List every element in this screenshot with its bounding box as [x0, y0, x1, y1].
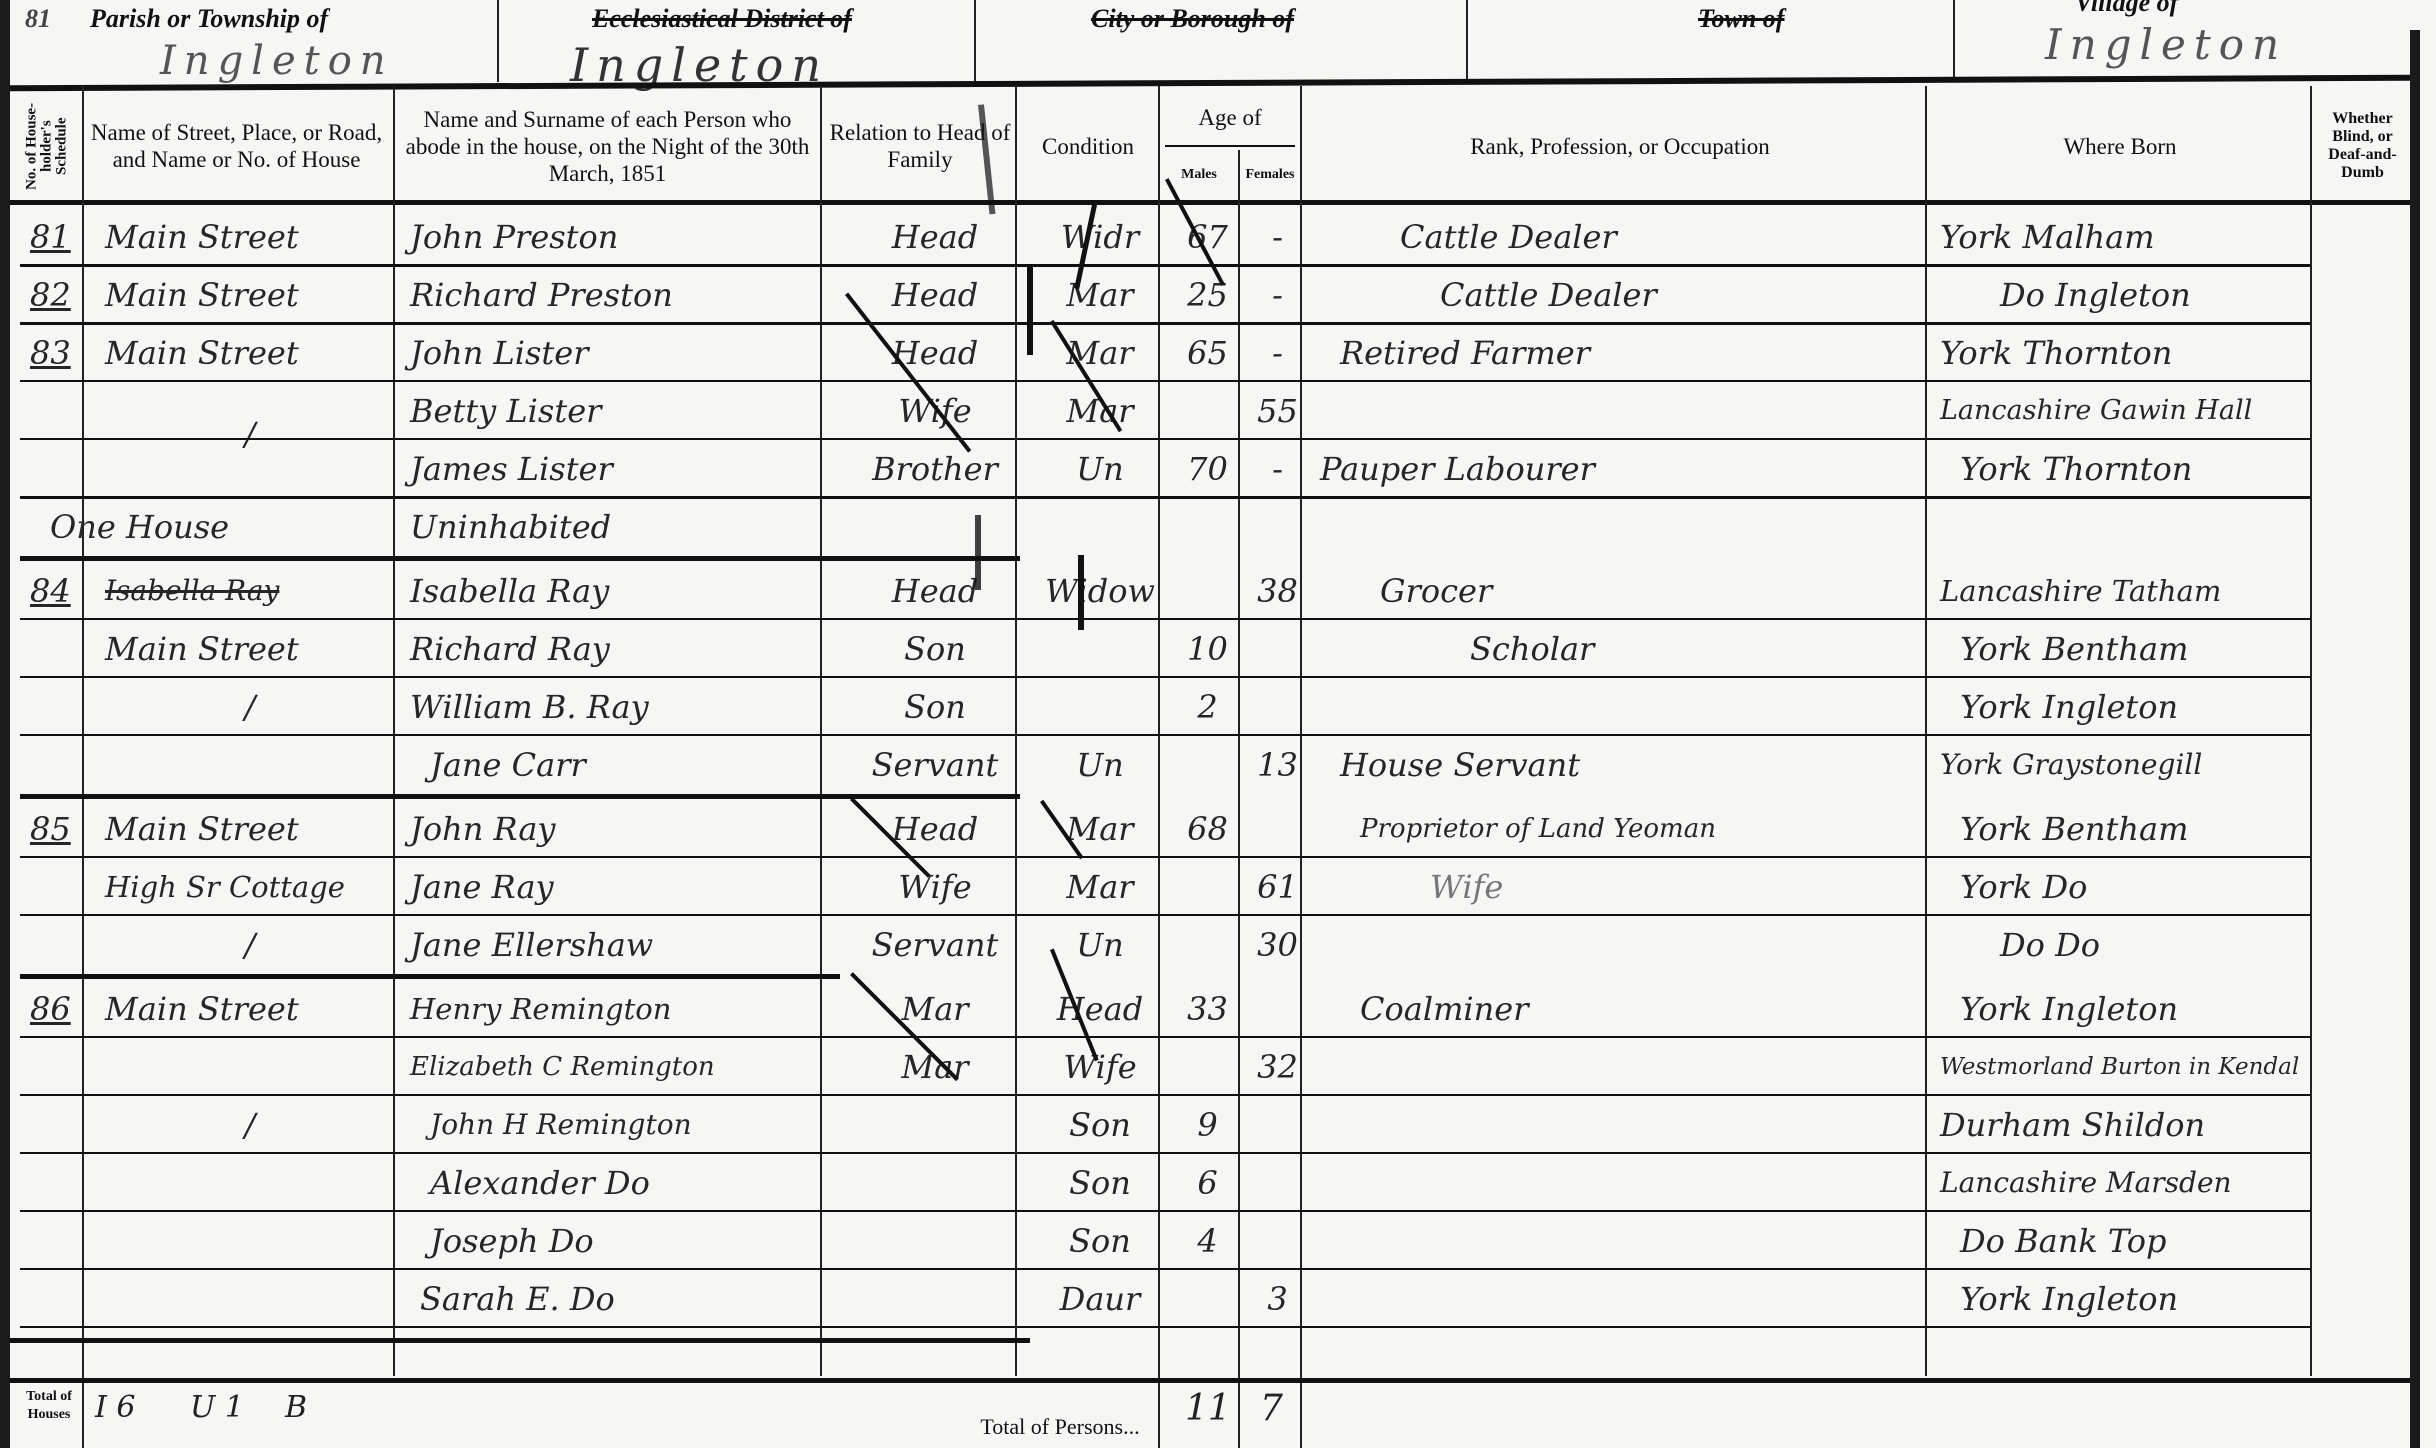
blind-deaf: [2330, 1096, 2420, 1154]
relation: Mar: [845, 1038, 1025, 1096]
relation: Head: [845, 562, 1025, 620]
age-female: -: [1250, 266, 1305, 324]
person-name: Richard Ray: [410, 620, 830, 678]
blind-deaf: [2330, 916, 2420, 974]
census-row: Joseph Do Son 4 Do Bank Top: [10, 1212, 2410, 1270]
row-rule: [20, 1094, 2310, 1096]
where-born: York Malham: [1940, 208, 2320, 266]
row-rule: [20, 914, 2310, 916]
females-total: 7: [1260, 1388, 1283, 1429]
person-name: William B. Ray: [410, 678, 830, 736]
blind-deaf: [2330, 620, 2420, 678]
schedule-number: [30, 678, 90, 736]
age-female: -: [1250, 324, 1305, 382]
left-page-border: [0, 0, 10, 1448]
census-row: High Sr Cottage Jane Ray Wife Mar 61 Wif…: [10, 858, 2410, 916]
blind-deaf: [2330, 736, 2420, 794]
males-total: 11: [1185, 1388, 1231, 1429]
age-male: 2: [1170, 678, 1245, 736]
census-row: 85 Main Street John Ray Head Mar 68 Prop…: [10, 800, 2410, 858]
age-male: 68: [1170, 800, 1245, 858]
street: Main Street: [105, 208, 395, 266]
age-female: [1250, 678, 1305, 736]
relation: Head: [845, 800, 1025, 858]
census-row: 84 Isabella Ray Isabella Ray Head Widow …: [10, 562, 2410, 620]
village-value: Ingleton: [2045, 20, 2287, 69]
person-name: Elizabeth C Remington: [410, 1038, 830, 1096]
village-cell: Village of Ingleton: [1955, 0, 2410, 82]
blind-deaf: [2330, 440, 2420, 498]
age-female: 32: [1250, 1038, 1305, 1096]
age-female: 3: [1250, 1270, 1305, 1328]
age-male: 25: [1170, 266, 1245, 324]
street: /: [105, 405, 395, 463]
age-female: [1250, 1212, 1305, 1270]
street: Main Street: [105, 980, 395, 1038]
where-born: York Ingleton: [1940, 1270, 2340, 1328]
occupation: House Servant: [1320, 736, 1940, 794]
age-male: 70: [1170, 440, 1245, 498]
where-born: York Graystonegill: [1940, 736, 2320, 794]
parish-cell: 81 Parish or Township of Ingleton: [10, 0, 495, 82]
schedule-number: 84: [30, 562, 90, 620]
schedule-number: [30, 620, 90, 678]
uninhabited-street: One House: [30, 498, 430, 556]
person-name: Alexander Do: [410, 1154, 850, 1212]
schedule-number: [30, 1154, 90, 1212]
condition: Mar: [1040, 382, 1160, 440]
col-occupation: Rank, Profession, or Occupation: [1470, 92, 1770, 200]
relation: Head: [845, 266, 1025, 324]
census-row: Jane Carr Servant Un 13 House Servant Yo…: [10, 736, 2410, 794]
person-name: Uninhabited: [410, 498, 830, 556]
occupation: Cattle Dealer: [1320, 266, 2040, 324]
village-label: Village of: [2075, 0, 2178, 18]
col-condition: Condition: [1018, 92, 1158, 200]
row-rule: [20, 380, 2310, 382]
age-male: [1170, 1038, 1245, 1096]
census-row: 86 Main Street Henry Remington Mar Head …: [10, 980, 2410, 1038]
schedule-number: [30, 736, 90, 794]
relation: [845, 1096, 1025, 1154]
age-female: -: [1250, 440, 1305, 498]
blind-deaf: [2330, 1270, 2420, 1328]
census-row: Main Street Richard Ray Son 10 Scholar Y…: [10, 620, 2410, 678]
relation: [845, 1154, 1025, 1212]
street-struck: Isabella Ray: [105, 562, 395, 620]
occupation: [1320, 916, 1920, 974]
blind-deaf: [2330, 562, 2420, 620]
blind-deaf: [2330, 980, 2420, 1038]
where-born: York Thornton: [1940, 324, 2320, 382]
where-born: York Ingleton: [1940, 980, 2340, 1038]
row-rule: [20, 1268, 2310, 1270]
person-name: Jane Ellershaw: [410, 916, 830, 974]
age-divider: [1165, 145, 1295, 147]
condition: Daur: [1040, 1270, 1160, 1328]
person-name: Isabella Ray: [410, 562, 830, 620]
blind-deaf: [2330, 1154, 2420, 1212]
street: Main Street: [105, 324, 395, 382]
schedule-number: [30, 1096, 90, 1154]
where-born: York Ingleton: [1940, 678, 2340, 736]
schedule-number: 86: [30, 980, 90, 1038]
age-male: [1170, 916, 1245, 974]
age-female: 30: [1250, 916, 1305, 974]
col-schedule: No. of House-holder's Schedule: [14, 92, 80, 200]
occupation: [1320, 1096, 1920, 1154]
street: [105, 1212, 395, 1270]
street: Main Street: [105, 266, 395, 324]
relation: Brother: [845, 440, 1025, 498]
blind-deaf: [2330, 324, 2420, 382]
age-female: [1250, 800, 1305, 858]
age-female: [1250, 620, 1305, 678]
row-rule: [20, 264, 2310, 267]
schedule-number: [30, 382, 90, 440]
age-male: 33: [1170, 980, 1245, 1038]
blind-deaf: [2330, 1038, 2420, 1096]
town-label: Town of: [1698, 4, 1784, 34]
census-row: 83 Main Street John Lister Head Mar 65 -…: [10, 324, 2410, 382]
occupation: [1320, 382, 1920, 440]
blind-deaf: [2330, 858, 2420, 916]
census-row: Alexander Do Son 6 Lancashire Marsden: [10, 1154, 2410, 1212]
street: High Sr Cottage: [105, 858, 395, 916]
row-rule-thick: [20, 556, 1020, 561]
condition: Mar: [1040, 266, 1160, 324]
age-male: 9: [1170, 1096, 1245, 1154]
age-male: [1170, 736, 1245, 794]
relation: Servant: [845, 736, 1025, 794]
age-male: [1170, 382, 1245, 440]
street: /: [105, 678, 395, 736]
age-female: 13: [1250, 736, 1305, 794]
col-street: Name of Street, Place, or Road, and Name…: [84, 92, 389, 200]
person-name: Henry Remington: [410, 980, 830, 1038]
houses-building: B: [285, 1390, 307, 1425]
row-rule-thick: [20, 794, 1020, 799]
blind-deaf: [2330, 1212, 2420, 1270]
age-male: [1170, 562, 1245, 620]
occupation: Retired Farmer: [1320, 324, 1940, 382]
person-name: Jane Carr: [410, 736, 850, 794]
where-born: Durham Shildon: [1940, 1096, 2320, 1154]
schedule-number: 85: [30, 800, 90, 858]
person-name: John Ray: [410, 800, 830, 858]
age-male: [1170, 1270, 1245, 1328]
occupation: Wife: [1320, 858, 2030, 916]
occupation: [1320, 1212, 1920, 1270]
census-row: Sarah E. Do Daur 3 York Ingleton: [10, 1270, 2410, 1328]
relation: Wife: [845, 858, 1025, 916]
occupation: Grocer: [1320, 562, 1980, 620]
street: /: [105, 1096, 395, 1154]
relation: Son: [845, 678, 1025, 736]
row-rule: [20, 496, 2310, 499]
totals-row: Total of Houses I 6 U 1 B Total of Perso…: [10, 1378, 2410, 1448]
person-name: John H Remington: [410, 1096, 850, 1154]
schedule-number: [30, 1212, 90, 1270]
condition: Son: [1040, 1154, 1160, 1212]
person-name: John Lister: [410, 324, 830, 382]
schedule-number: [30, 858, 90, 916]
age-female: -: [1250, 208, 1305, 266]
person-name: Richard Preston: [410, 266, 830, 324]
parish-value: Ingleton: [160, 38, 394, 84]
relation: Head: [845, 324, 1025, 382]
col-born: Where Born: [1930, 92, 2310, 200]
street: [105, 736, 395, 794]
city-label: City or Borough of: [1091, 4, 1294, 34]
occupation: Proprietor of Land Yeoman: [1320, 800, 1960, 858]
parish-label: Parish or Township of: [90, 4, 328, 34]
census-row: / John H Remington Son 9 Durham Shildon: [10, 1096, 2410, 1154]
row-rule: [20, 676, 2310, 678]
row-rule: [20, 734, 2310, 736]
condition: Wife: [1040, 1038, 1160, 1096]
condition: Widow: [1040, 562, 1160, 620]
age-male: 6: [1170, 1154, 1245, 1212]
where-born: York Do: [1940, 858, 2340, 916]
street: [105, 1154, 395, 1212]
where-born: Lancashire Gawin Hall: [1940, 382, 2320, 440]
relation: [845, 1212, 1025, 1270]
schedule-number: 81: [30, 208, 90, 266]
census-row: One House Uninhabited: [10, 498, 2410, 556]
age-female: [1250, 1154, 1305, 1212]
row-rule: [20, 322, 2310, 325]
street: /: [105, 916, 395, 974]
relation: [845, 1270, 1025, 1328]
tally-mark: [1078, 555, 1084, 630]
census-sheet: 81 Parish or Township of Ingleton Eccles…: [0, 0, 2436, 1448]
col-blind: Whether Blind, or Deaf-and-Dumb: [2315, 92, 2410, 200]
person-name: James Lister: [410, 440, 830, 498]
row-rule: [20, 1210, 2310, 1212]
age-female: [1250, 980, 1305, 1038]
condition: [1040, 678, 1160, 736]
person-name: Betty Lister: [410, 382, 830, 440]
row-rule: [20, 618, 2310, 620]
where-born: Do Do: [1940, 916, 2380, 974]
where-born: York Bentham: [1940, 620, 2340, 678]
relation: Servant: [845, 916, 1025, 974]
divider: [497, 0, 499, 82]
blind-deaf: [2330, 678, 2420, 736]
age-male: 65: [1170, 324, 1245, 382]
col-name: Name and Surname of each Person who abod…: [395, 92, 820, 200]
city-cell: City or Borough of: [976, 0, 1466, 82]
census-row: Elizabeth C Remington Mar Wife 32 Westmo…: [10, 1038, 2410, 1096]
houses-total-label: Total of Houses: [14, 1388, 84, 1424]
age-male: 10: [1170, 620, 1245, 678]
row-rule: [20, 1326, 2310, 1328]
where-born: York Thornton: [1940, 440, 2340, 498]
street: [105, 1038, 395, 1096]
schedule-number: 83: [30, 324, 90, 382]
census-row: / William B. Ray Son 2 York Ingleton: [10, 678, 2410, 736]
houses-uninhabited: U 1: [190, 1390, 244, 1425]
relation: Head: [845, 208, 1025, 266]
where-born: Lancashire Tatham: [1940, 562, 2320, 620]
col-females: Females: [1240, 150, 1300, 200]
schedule-number: [30, 1270, 90, 1328]
age-female: 61: [1250, 858, 1305, 916]
where-born: York Bentham: [1940, 800, 2340, 858]
schedule-number: [30, 1038, 90, 1096]
occupation: [1320, 1154, 1920, 1212]
census-row: 82 Main Street Richard Preston Head Mar …: [10, 266, 2410, 324]
blind-deaf: [2330, 266, 2420, 324]
person-name: Joseph Do: [410, 1212, 850, 1270]
section-end-rule: [10, 1338, 1030, 1343]
where-born: Do Bank Top: [1940, 1212, 2340, 1270]
condition: Widr: [1040, 208, 1160, 266]
occupation: Coalminer: [1320, 980, 1960, 1038]
condition: Mar: [1040, 858, 1160, 916]
relation: Mar: [845, 980, 1025, 1038]
age-male: 4: [1170, 1212, 1245, 1270]
person-name: Jane Ray: [410, 858, 830, 916]
condition: Head: [1040, 980, 1160, 1038]
row-rule: [20, 1152, 2310, 1154]
street: Main Street: [105, 620, 395, 678]
blind-deaf: [2330, 208, 2420, 266]
condition: Un: [1040, 440, 1160, 498]
occupation: [1320, 678, 1920, 736]
town-cell: Town of: [1468, 0, 1953, 82]
row-rule: [20, 438, 2310, 440]
person-name: John Preston: [410, 208, 830, 266]
condition: [1040, 620, 1160, 678]
schedule-number: 82: [30, 266, 90, 324]
census-row: / Jane Ellershaw Servant Un 30 Do Do: [10, 916, 2410, 974]
blind-deaf: [2330, 800, 2420, 858]
age-female: 55: [1250, 382, 1305, 440]
where-born: Lancashire Marsden: [1940, 1154, 2320, 1212]
person-name: Sarah E. Do: [410, 1270, 840, 1328]
col-age: Age of: [1160, 92, 1300, 142]
occupation: [1320, 1038, 1920, 1096]
occupation: Pauper Labourer: [1320, 440, 1920, 498]
occupation: Cattle Dealer: [1320, 208, 2000, 266]
schedule-number: [30, 916, 90, 974]
age-female: [1250, 1096, 1305, 1154]
age-male: [1170, 858, 1245, 916]
condition: Son: [1040, 1212, 1160, 1270]
where-born: Westmorland Burton in Kendal: [1940, 1038, 2320, 1096]
row-rule: [20, 856, 2310, 858]
street: [105, 1270, 395, 1328]
schedule-number: [30, 440, 90, 498]
condition: Un: [1040, 736, 1160, 794]
census-row: / James Lister Brother Un 70 - Pauper La…: [10, 440, 2410, 498]
tally-mark: [975, 515, 981, 590]
tally-mark: [1027, 265, 1033, 355]
occupation: [1320, 1270, 1920, 1328]
where-born: Do Ingleton: [1940, 266, 2380, 324]
ecclesiastical-label: Ecclesiastical District of: [592, 4, 852, 34]
blind-deaf: [2330, 382, 2420, 440]
condition: Son: [1040, 1096, 1160, 1154]
age-female: 38: [1250, 562, 1305, 620]
houses-inhabited: I 6: [95, 1390, 135, 1425]
column-header-rule: [10, 200, 2410, 205]
row-rule-thick: [20, 974, 840, 979]
street: Main Street: [105, 800, 395, 858]
relation: Son: [845, 620, 1025, 678]
persons-total-label: Total of Persons...: [960, 1418, 1160, 1436]
ecclesiastical-cell: Ecclesiastical District of Ingleton: [500, 0, 970, 82]
corner-mark: 81: [25, 4, 51, 34]
row-rule: [20, 1036, 2310, 1038]
